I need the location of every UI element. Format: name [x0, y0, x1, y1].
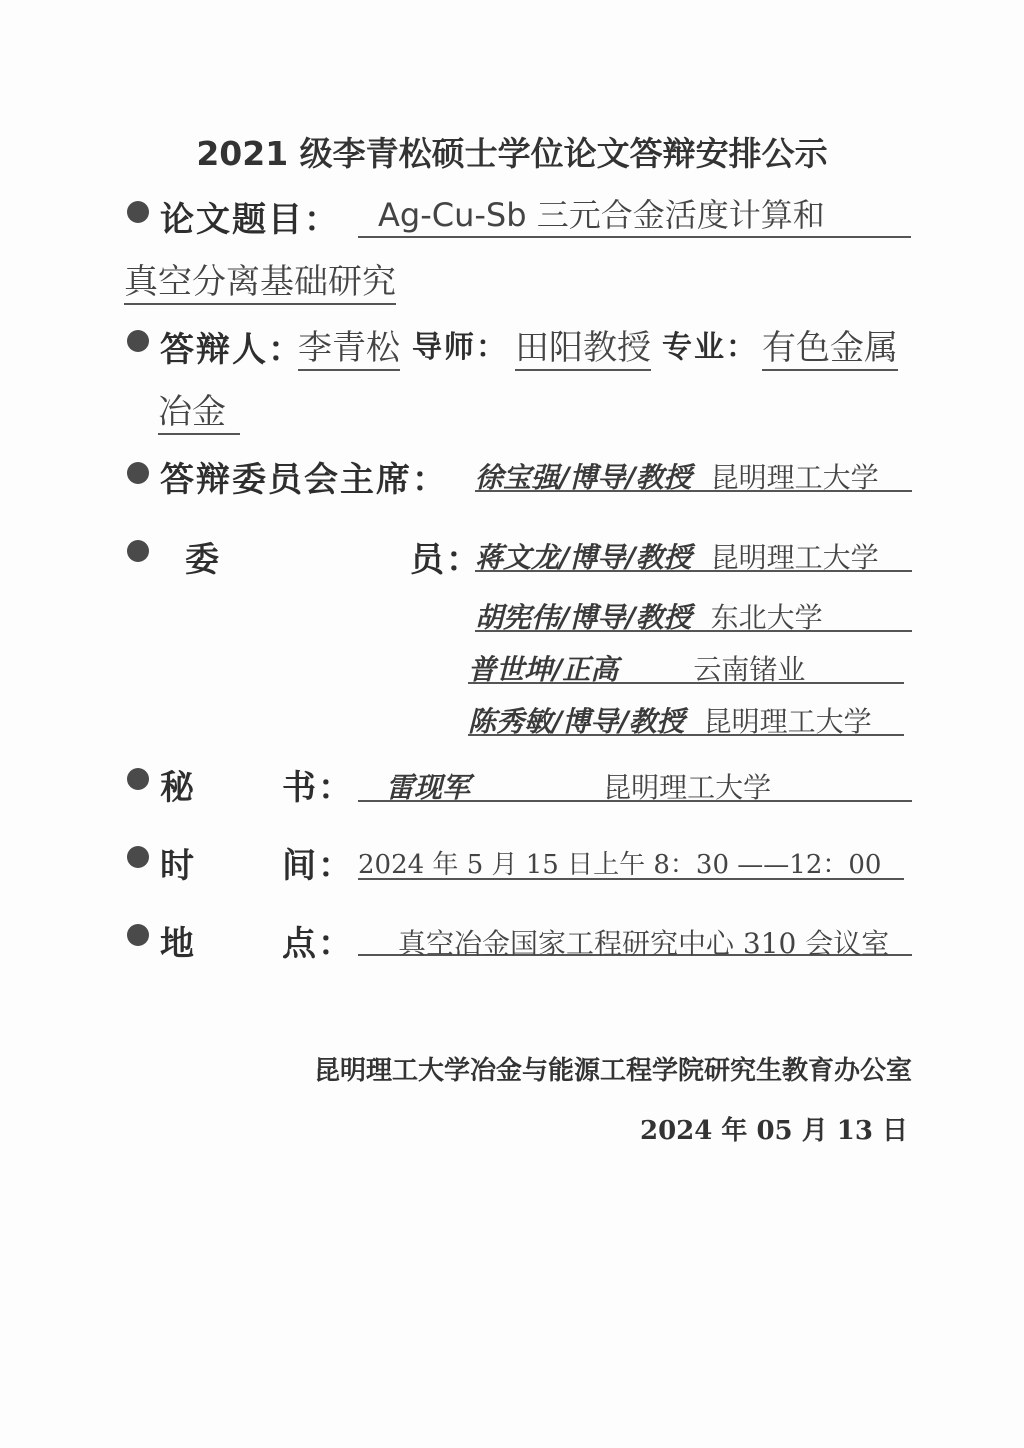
member-row: 普世坤/正高 云南锗业 — [468, 648, 904, 684]
major-label: 专业： — [662, 322, 758, 366]
time-value: 2024 年 5 月 15 日上午 8：30 ——12：00 — [358, 844, 904, 880]
bullet-icon — [127, 462, 149, 484]
bullet-icon — [127, 330, 149, 352]
thesis-title-line2: 真空分离基础研究 — [124, 254, 396, 305]
bullet-icon — [127, 846, 149, 868]
members-label-right: 员： — [410, 532, 482, 581]
member-affiliation: 云南锗业 — [693, 653, 805, 686]
member-row: 胡宪伟/博导/教授 东北大学 — [475, 596, 912, 632]
member-affiliation: 昆明理工大学 — [704, 705, 872, 738]
bullet-icon — [127, 540, 149, 562]
time-label-left: 时 — [160, 838, 196, 887]
member-row: 蒋文龙/博导/教授 昆明理工大学 — [475, 536, 912, 572]
secretary-row: 雷现军 昆明理工大学 — [358, 766, 912, 802]
member-row: 陈秀敏/博导/教授 昆明理工大学 — [468, 700, 904, 736]
time-label-right: 间： — [282, 838, 354, 887]
issuing-office: 昆明理工大学冶金与能源工程学院研究生教育办公室 — [314, 1050, 912, 1087]
member-person: 普世坤/正高 — [468, 653, 618, 686]
thesis-label: 论文题目： — [160, 192, 340, 241]
advisor-label: 导师： — [412, 322, 508, 366]
location-label-right: 点： — [282, 916, 354, 965]
chair-affiliation: 昆明理工大学 — [711, 461, 879, 494]
member-affiliation: 东北大学 — [711, 601, 823, 634]
location-label-left: 地 — [160, 916, 196, 965]
page-title: 2021 级李青松硕士学位论文答辩安排公示 — [0, 128, 1024, 175]
member-person: 蒋文龙/博导/教授 — [475, 541, 691, 574]
member-person: 陈秀敏/博导/教授 — [468, 705, 684, 738]
secretary-person: 雷现军 — [386, 771, 470, 804]
member-person: 胡宪伟/博导/教授 — [475, 601, 691, 634]
bullet-icon — [127, 924, 149, 946]
member-affiliation: 昆明理工大学 — [711, 541, 879, 574]
chair-row: 徐宝强/博导/教授 昆明理工大学 — [475, 456, 912, 492]
thesis-title-line1: Ag-Cu-Sb 三元合金活度计算和 — [358, 190, 911, 238]
members-label-left: 委 — [185, 532, 221, 581]
location-value: 真空冶金国家工程研究中心 310 会议室 — [358, 922, 912, 956]
chair-person: 徐宝强/博导/教授 — [475, 461, 691, 494]
secretary-affiliation: 昆明理工大学 — [603, 771, 771, 804]
defender-name: 李青松 — [298, 320, 400, 371]
chair-label: 答辩委员会主席： — [160, 452, 448, 501]
secretary-label-right: 书： — [282, 760, 354, 809]
bullet-icon — [127, 201, 149, 223]
major-line1: 有色金属 — [762, 320, 898, 371]
advisor-name: 田阳教授 — [515, 320, 651, 371]
major-line2: 冶金 — [158, 384, 240, 435]
secretary-label-left: 秘 — [160, 760, 196, 809]
defender-label: 答辩人： — [160, 322, 304, 371]
issue-date: 2024 年 05 月 13 日 — [640, 1110, 908, 1147]
bullet-icon — [127, 768, 149, 790]
